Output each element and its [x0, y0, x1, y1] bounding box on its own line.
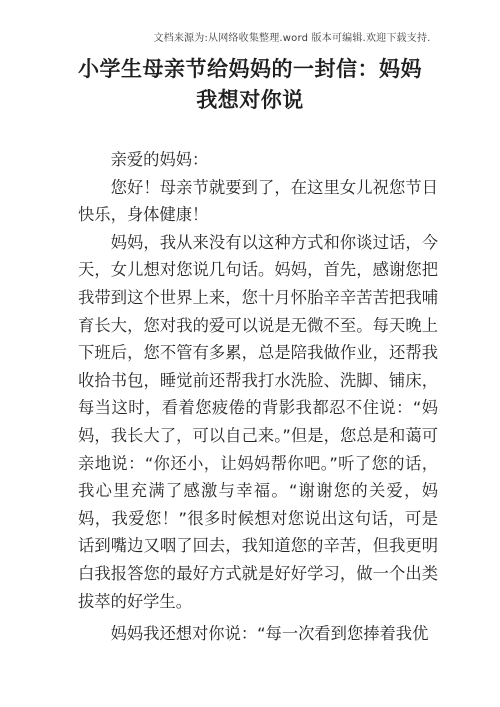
letter-body: 亲爱的妈妈： 您好！母亲节就要到了，在这里女儿祝您节日快乐，身体健康！ 妈妈，我… [0, 146, 500, 648]
paragraph-main: 妈妈，我从来没有以这种方式和你谈过话，今天，女儿想对您说几句话。妈妈，首先，感谢… [78, 229, 438, 615]
paragraph-salutation: 亲爱的妈妈： [78, 146, 438, 174]
source-notice: 文档来源为:从网络收集整理.word 版本可编辑.欢迎下载支持. [0, 0, 500, 45]
paragraph-greeting: 您好！母亲节就要到了，在这里女儿祝您节日快乐，身体健康！ [78, 174, 438, 229]
document-title-line-2: 我想对你说 [0, 85, 500, 116]
paragraph-continuation: 妈妈我还想对你说：“每一次看到您捧着我优 [78, 620, 438, 648]
document-title: 小学生母亲节给妈妈的一封信：妈妈 我想对你说 [0, 54, 500, 116]
document-title-line-1: 小学生母亲节给妈妈的一封信：妈妈 [0, 54, 500, 85]
document-page: 文档来源为:从网络收集整理.word 版本可编辑.欢迎下载支持. 小学生母亲节给… [0, 0, 500, 707]
